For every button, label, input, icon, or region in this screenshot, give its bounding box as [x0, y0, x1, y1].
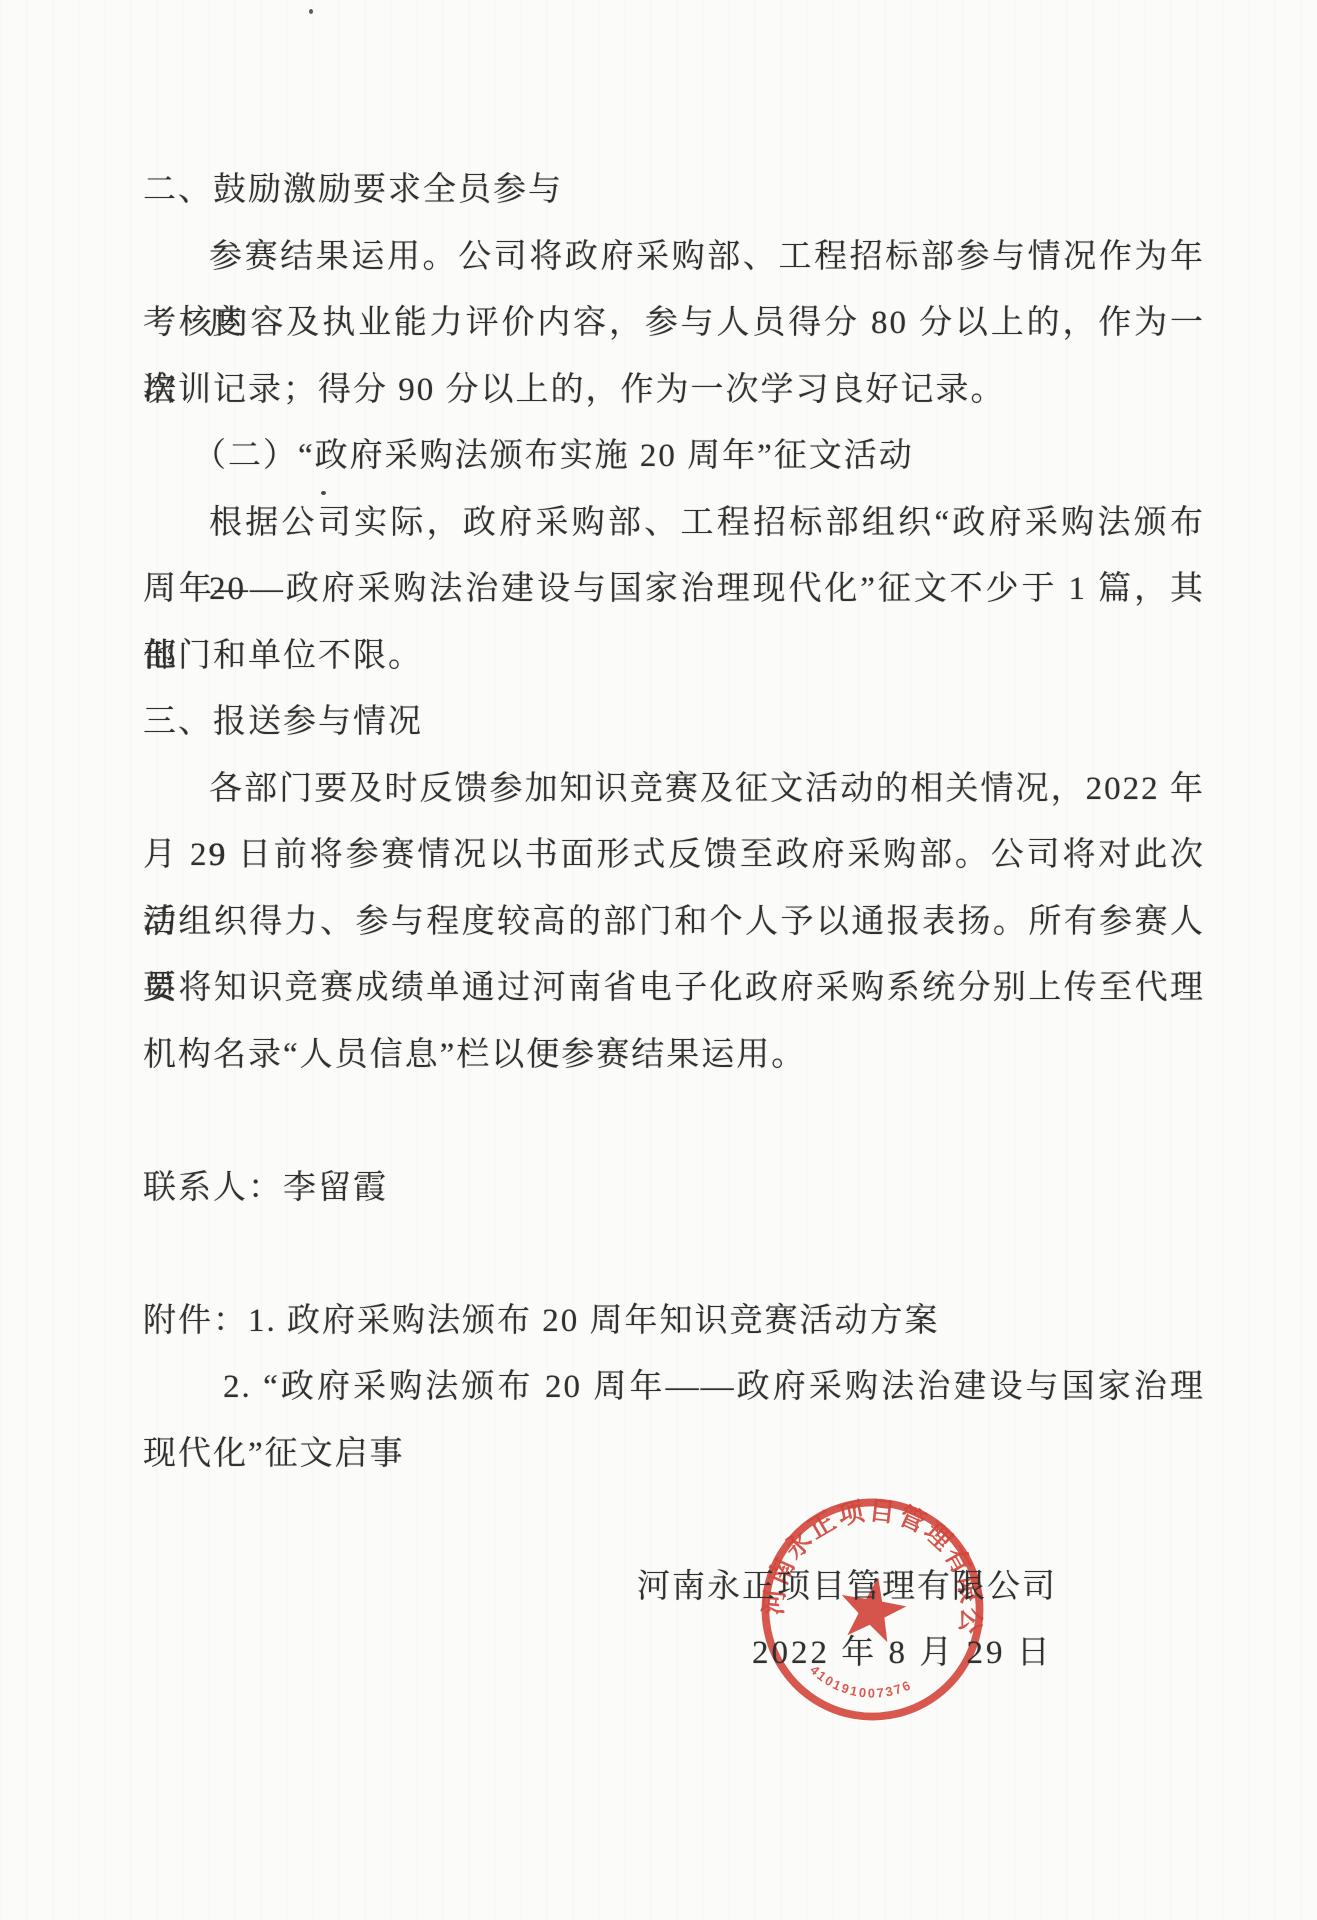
scan-speck [309, 9, 313, 14]
doc-line: 培训记录；得分 90 分以上的，作为一次学习良好记录。 [143, 357, 1205, 424]
doc-line: 动组织得力、参与程度较高的部门和个人予以通报表扬。所有参赛人员 [143, 889, 1205, 956]
attachment-line-1: 附件：1. 政府采购法颁布 20 周年知识竞赛活动方案 [143, 1288, 1205, 1355]
section-heading-2: 二、鼓励激励要求全员参与 [143, 157, 1205, 224]
doc-line: 要将知识竞赛成绩单通过河南省电子化政府采购系统分别上传至代理 [143, 955, 1205, 1022]
signature-company-name: 河南永正项目管理有限公司 [143, 1554, 1205, 1621]
doc-line: 考核内容及执业能力评价内容，参与人员得分 80 分以上的，作为一次 [143, 290, 1205, 357]
doc-line: 各部门要及时反馈参加知识竞赛及征文活动的相关情况，2022 年 9 [143, 756, 1205, 823]
blank-gap [143, 1221, 1205, 1288]
doc-line: 机构名录“人员信息”栏以便参赛结果运用。 [143, 1022, 1205, 1089]
attachment-line-3: 现代化”征文启事 [143, 1421, 1205, 1488]
subsection-heading-2: （二）“政府采购法颁布实施 20 周年”征文活动 [143, 423, 1205, 490]
doc-line: 参赛结果运用。公司将政府采购部、工程招标部参与情况作为年度 [143, 224, 1205, 291]
doc-line: 根据公司实际，政府采购部、工程招标部组织“政府采购法颁布 20 [143, 490, 1205, 557]
scanned-notice-page: { "doc": { "lines": [ {"text": "二、鼓励激励要求… [0, 0, 1317, 1920]
document-body: 二、鼓励激励要求全员参与 参赛结果运用。公司将政府采购部、工程招标部参与情况作为… [0, 0, 1317, 1687]
doc-line: 月 29 日前将参赛情况以书面形式反馈至政府采购部。公司将对此次活 [143, 822, 1205, 889]
doc-line: 周年——政府采购法治建设与国家治理现代化”征文不少于 1 篇，其他 [143, 556, 1205, 623]
signature-date: 2022 年 8 月 29 日 [143, 1620, 1205, 1687]
blank-gap [143, 1487, 1205, 1554]
attachment-line-2: 2. “政府采购法颁布 20 周年——政府采购法治建设与国家治理 [143, 1354, 1205, 1421]
scan-speck [321, 491, 326, 495]
section-heading-3: 三、报送参与情况 [143, 689, 1205, 756]
contact-line: 联系人：李留霞 [143, 1155, 1205, 1222]
blank-gap [143, 1088, 1205, 1155]
doc-line: 部门和单位不限。 [143, 623, 1205, 690]
